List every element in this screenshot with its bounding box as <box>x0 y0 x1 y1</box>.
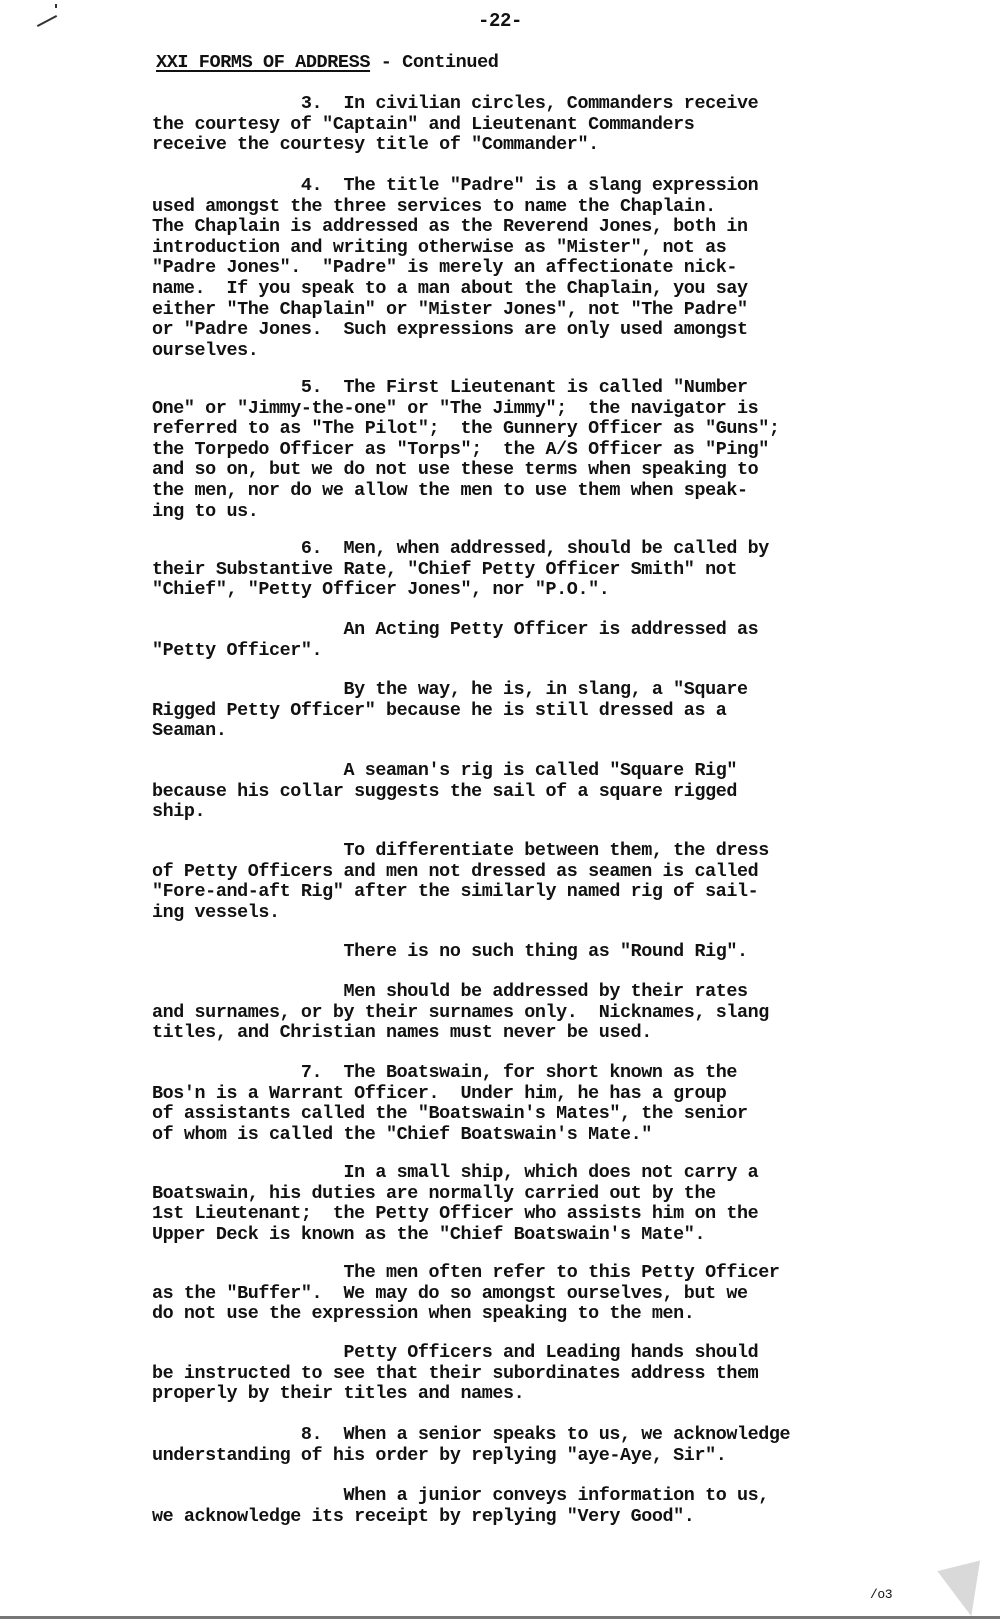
paragraph-4: 4. The title "Padre" is a slang expressi… <box>152 176 758 361</box>
paragraph-very-good: When a junior conveys information to us,… <box>152 1486 769 1527</box>
page-bottom-edge <box>0 1616 1000 1619</box>
paragraph-small-ship: In a small ship, which does not carry a … <box>152 1163 758 1245</box>
paragraph-8: 8. When a senior speaks to us, we acknow… <box>152 1425 790 1466</box>
scan-mark <box>55 4 57 8</box>
section-suffix: - Continued <box>370 52 498 73</box>
page-number: -22- <box>0 10 1000 32</box>
paragraph-rates-surnames: Men should be addressed by their rates a… <box>152 982 769 1044</box>
section-heading: XXI FORMS OF ADDRESS - Continued <box>156 52 498 73</box>
paragraph-round-rig: There is no such thing as "Round Rig". <box>152 942 748 963</box>
paragraph-acting-po: An Acting Petty Officer is addressed as … <box>152 620 758 661</box>
paragraph-square-rigged: By the way, he is, in slang, a "Square R… <box>152 680 748 742</box>
paragraph-leading-hands: Petty Officers and Leading hands should … <box>152 1343 758 1405</box>
paragraph-3: 3. In civilian circles, Commanders recei… <box>152 94 758 156</box>
paragraph-6: 6. Men, when addressed, should be called… <box>152 539 769 601</box>
paragraph-buffer: The men often refer to this Petty Office… <box>152 1263 780 1325</box>
paragraph-7: 7. The Boatswain, for short known as the… <box>152 1063 748 1145</box>
footer-mark: /o3 <box>870 1587 892 1602</box>
paragraph-seamans-rig: A seaman's rig is called "Square Rig" be… <box>152 761 737 823</box>
document-page: -22- XXI FORMS OF ADDRESS - Continued 3.… <box>0 0 1000 1622</box>
page-corner-fold <box>937 1560 992 1621</box>
paragraph-5: 5. The First Lieutenant is called "Numbe… <box>152 378 780 522</box>
paragraph-fore-and-aft: To differentiate between them, the dress… <box>152 841 769 923</box>
section-title: XXI FORMS OF ADDRESS <box>156 52 370 73</box>
